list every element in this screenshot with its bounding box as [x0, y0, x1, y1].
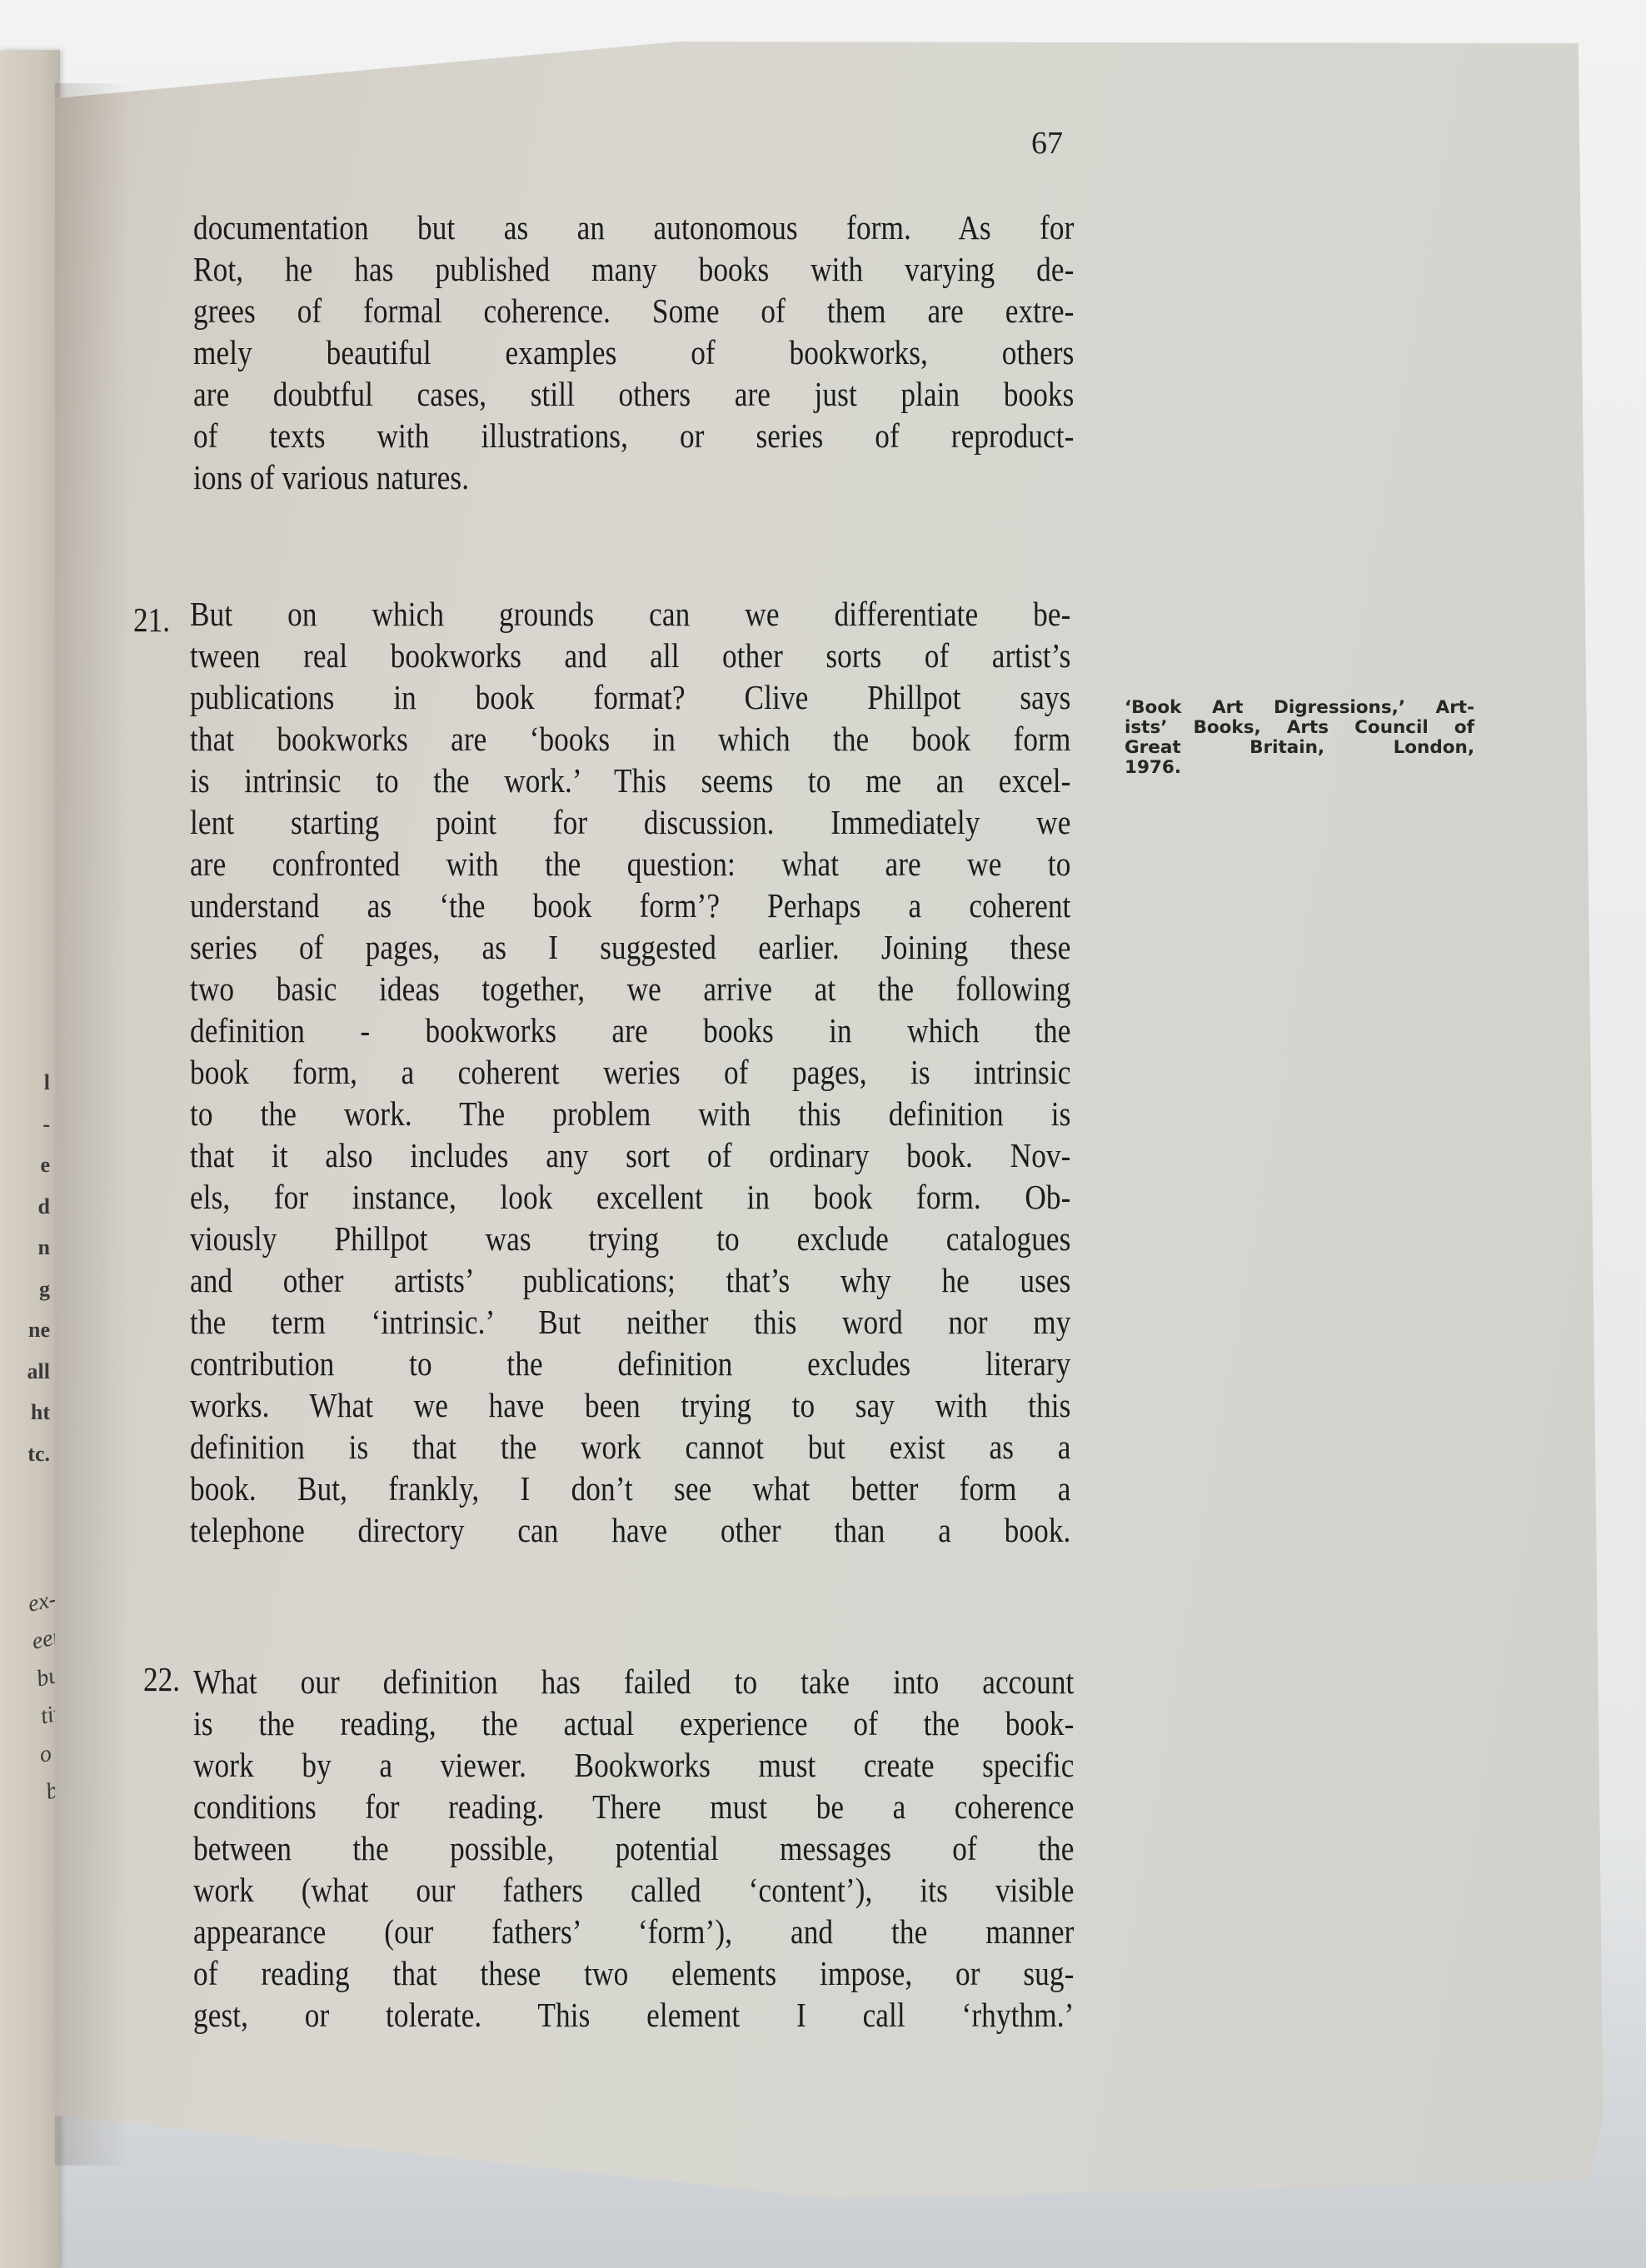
- text-line: contribution to the definition excludes …: [190, 1343, 1070, 1384]
- text-line: work by a viewer. Bookworks must create …: [193, 1744, 1074, 1786]
- sidenote-line: 1976.: [1125, 758, 1474, 778]
- text-line: are confronted with the question: what a…: [190, 843, 1070, 885]
- text-line: mely beautiful examples of bookworks, ot…: [193, 331, 1074, 373]
- text-line: ions of various natures.: [193, 456, 1074, 498]
- text-line: definition is that the work cannot but e…: [190, 1426, 1070, 1468]
- fragment: l: [0, 1062, 50, 1104]
- fragment: all: [0, 1351, 50, 1393]
- paragraph-21: But on which grounds can we differentiat…: [190, 593, 1073, 1551]
- text-line: publications in book format? Clive Phill…: [190, 676, 1070, 718]
- fragment: e: [0, 1144, 50, 1186]
- text-line: are doubtful cases, still others are jus…: [193, 373, 1074, 415]
- text-line: viously Phillpot was trying to exclude c…: [190, 1218, 1070, 1259]
- paragraph-number-22: 22.: [143, 1659, 180, 1699]
- text-line: book form, a coherent weries of pages, i…: [190, 1051, 1070, 1093]
- text-line: conditions for reading. There must be a …: [193, 1786, 1074, 1827]
- gutter-shadow: [55, 83, 130, 2166]
- sidenote-citation: ‘Book Art Digressions,’ Art- ists’ Books…: [1125, 698, 1474, 778]
- text-line: definition - bookworks are books in whic…: [190, 1009, 1070, 1051]
- paragraph-number-21: 21.: [133, 600, 170, 640]
- text-line: els, for instance, look excellent in boo…: [190, 1176, 1070, 1218]
- text-line: But on which grounds can we differentiat…: [190, 593, 1070, 635]
- fragment: ht: [0, 1392, 50, 1433]
- sidenote-line: ists’ Books, Arts Council of: [1125, 718, 1474, 738]
- paragraph-intro: documentation but as an autonomous form.…: [193, 207, 1076, 498]
- fragment: ne: [0, 1309, 50, 1351]
- text-line: tween real bookworks and all other sorts…: [190, 635, 1070, 676]
- text-line: to the work. The problem with this defin…: [190, 1093, 1070, 1134]
- text-line: telephone directory can have other than …: [190, 1509, 1070, 1551]
- text-line: Rot, he has published many books with va…: [193, 248, 1074, 290]
- text-line: is intrinsic to the work.’ This seems to…: [190, 760, 1070, 801]
- text-line: the term ‘intrinsic.’ But neither this w…: [190, 1301, 1070, 1343]
- sidenote-line: Great Britain, London,: [1125, 738, 1474, 758]
- text-line: What our definition has failed to take i…: [193, 1661, 1074, 1702]
- text-line: that bookworks are ‘books in which the b…: [190, 718, 1070, 760]
- text-line: works. What we have been trying to say w…: [190, 1384, 1070, 1426]
- text-line: work (what our fathers called ‘content’)…: [193, 1869, 1074, 1911]
- text-line: two basic ideas together, we arrive at t…: [190, 968, 1070, 1009]
- facing-page: l - e d n g ne all ht tc. ex- een but, t…: [0, 50, 60, 2268]
- text-line: of reading that these two elements impos…: [193, 1952, 1074, 1994]
- text-line: grees of formal coherence. Some of them …: [193, 290, 1074, 331]
- fragment: g: [0, 1269, 50, 1310]
- text-line: that it also includes any sort of ordina…: [190, 1134, 1070, 1176]
- text-line: series of pages, as I suggested earlier.…: [190, 926, 1070, 968]
- text-line: lent starting point for discussion. Imme…: [190, 801, 1070, 843]
- text-line: gest, or tolerate. This element I call ‘…: [193, 1994, 1074, 2036]
- text-line: understand as ‘the book form’? Perhaps a…: [190, 885, 1070, 926]
- paragraph-22: What our definition has failed to take i…: [193, 1661, 1076, 2036]
- text-line: book. But, frankly, I don’t see what bet…: [190, 1468, 1070, 1509]
- fragment: -: [0, 1104, 50, 1145]
- page-number: 67: [1031, 125, 1063, 162]
- fragment: d: [0, 1186, 50, 1228]
- fragment: n: [0, 1227, 50, 1269]
- text-line: and other artists’ publications; that’s …: [190, 1259, 1070, 1301]
- facing-page-fragments-upright: l - e d n g ne all ht tc.: [0, 1062, 50, 1474]
- text-line: between the possible, potential messages…: [193, 1827, 1074, 1869]
- sidenote-line: ‘Book Art Digressions,’ Art-: [1125, 698, 1474, 718]
- text-line: appearance (our fathers’ ‘form’), and th…: [193, 1911, 1074, 1952]
- text-line: of texts with illustrations, or series o…: [193, 415, 1074, 456]
- text-line: is the reading, the actual experience of…: [193, 1702, 1074, 1744]
- text-line: documentation but as an autonomous form.…: [193, 207, 1074, 248]
- fragment: tc.: [0, 1433, 50, 1475]
